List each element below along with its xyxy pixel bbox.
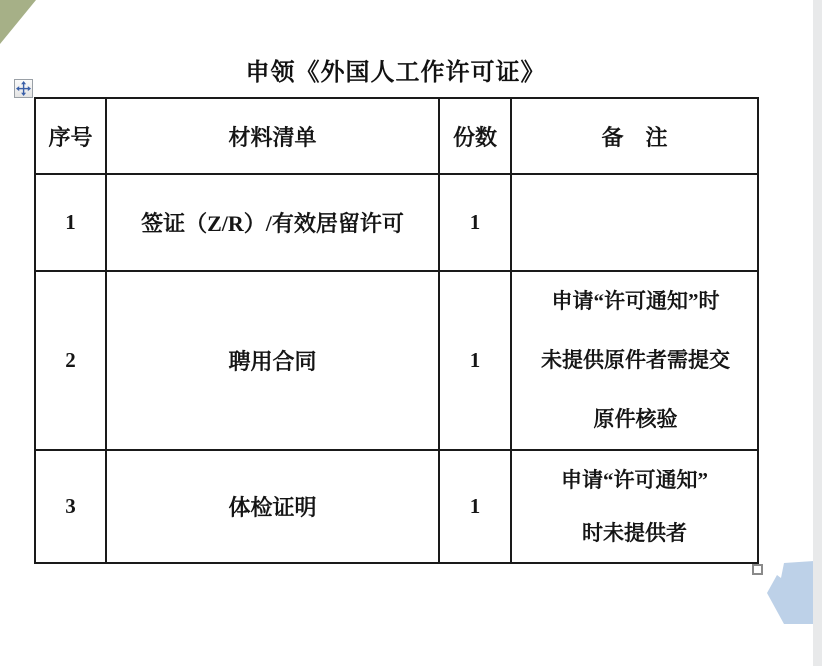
row-number-cell: 2	[35, 271, 106, 450]
header-cell-copies: 份数	[439, 98, 511, 174]
row-number-cell: 1	[35, 174, 106, 271]
header-cell-material: 材料清单	[106, 98, 439, 174]
table-row: 1 签证（Z/R）/有效居留许可 1	[35, 174, 758, 271]
material-cell: 签证（Z/R）/有效居留许可	[106, 174, 439, 271]
remark-line: 申请“许可通知”	[516, 454, 753, 507]
copies-cell: 1	[439, 271, 511, 450]
remark-line: 未提供原件者需提交	[520, 331, 751, 390]
header-cell-remark: 备 注	[511, 98, 758, 174]
material-cell: 体检证明	[106, 450, 439, 563]
material-cell: 聘用合同	[106, 271, 439, 450]
remark-line: 时未提供者	[516, 507, 753, 560]
copies-cell: 1	[439, 450, 511, 563]
material-checklist-table: 序号 材料清单 份数 备 注 1 签证（Z/R）/有效居留许可 1 2 聘用合同…	[34, 97, 759, 564]
copies-cell: 1	[439, 174, 511, 271]
table-resize-handle[interactable]	[752, 564, 763, 575]
page-edge-strip	[813, 0, 822, 666]
corner-triangle-decoration	[0, 0, 36, 44]
table-row: 2 聘用合同 1 申请“许可通知”时 未提供原件者需提交 原件核验	[35, 271, 758, 450]
remark-cell	[511, 174, 758, 271]
remark-line: 原件核验	[520, 390, 751, 449]
remark-cell: 申请“许可通知”时 未提供原件者需提交 原件核验	[511, 271, 758, 450]
remark-cell: 申请“许可通知” 时未提供者	[511, 450, 758, 563]
page-title: 申领《外国人工作许可证》	[34, 52, 757, 87]
header-cell-no: 序号	[35, 98, 106, 174]
row-number-cell: 3	[35, 450, 106, 563]
hexagon-shape[interactable]	[765, 559, 814, 625]
table-move-handle[interactable]	[14, 79, 33, 98]
table-row: 3 体检证明 1 申请“许可通知” 时未提供者	[35, 450, 758, 563]
hexagon-polygon	[767, 561, 814, 624]
move-cross-arrows-icon	[16, 81, 31, 96]
table-header-row: 序号 材料清单 份数 备 注	[35, 98, 758, 174]
document-page: { "title": "申领《外国人工作许可证》", "table": { "h…	[0, 0, 822, 666]
remark-line: 申请“许可通知”时	[520, 272, 751, 331]
